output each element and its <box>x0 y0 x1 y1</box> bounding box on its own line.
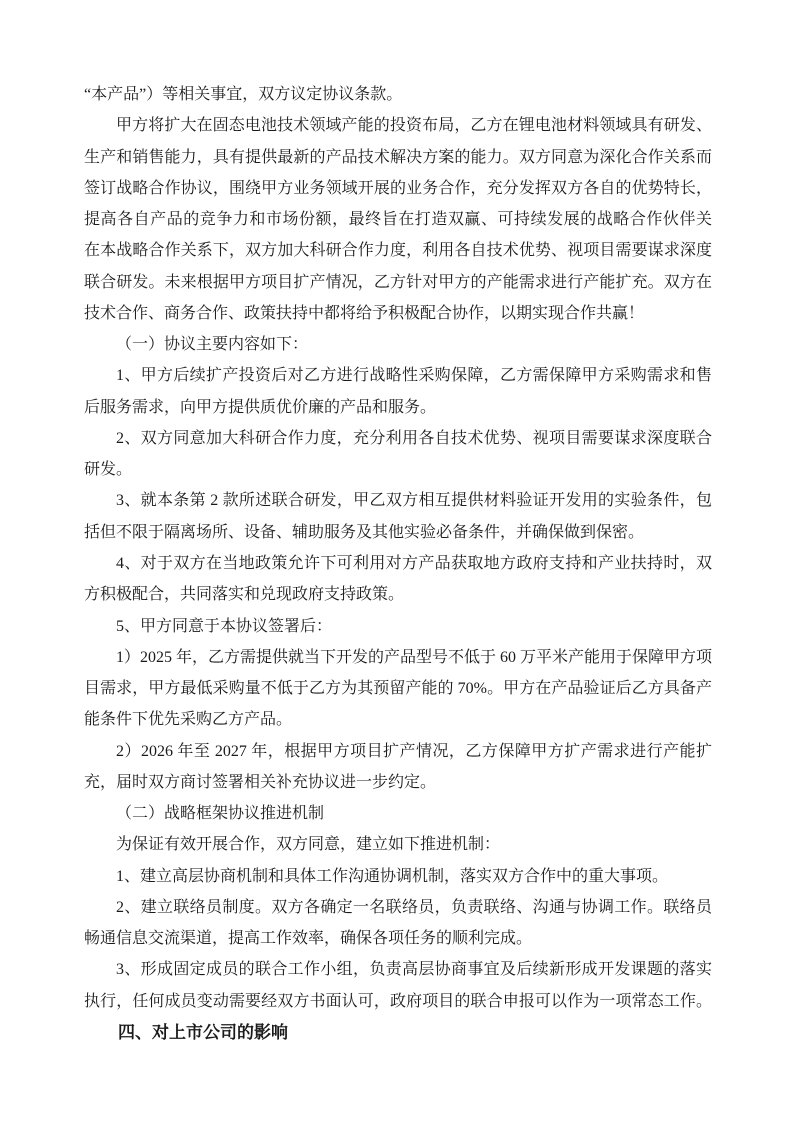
text-line: 能条件下优先采购乙方产品。 <box>84 704 712 735</box>
text-line: 2）2026 年至 2027 年，根据甲方项目扩产情况，乙方保障甲方扩产需求进行… <box>84 736 712 767</box>
list-heading-1: （一）协议主要内容如下： <box>84 329 712 360</box>
text-line: 签订战略合作协议，围绕甲方业务领域开展的业务合作，充分发挥双方各自的优势特长， <box>84 173 712 204</box>
text-line: 目需求，甲方最低采购量不低于乙方为其预留产能的 70%。甲方在产品验证后乙方具备… <box>84 673 712 704</box>
section-heading-4: 四、对上市公司的影响 <box>84 1017 712 1048</box>
text-line: 4、对于双方在当地政策允许下可利用对方产品获取地方政府支持和产业扶持时，双 <box>84 548 712 579</box>
text-line: 技术合作、商务合作、政策扶持中都将给予积极配合协作，以期实现合作共赢！ <box>84 298 712 329</box>
text-line: 生产和销售能力，具有提供最新的产品技术解决方案的能力。双方同意为深化合作关系而 <box>84 142 712 173</box>
text-line: 1、建立高层协商机制和具体工作沟通协调机制，落实双方合作中的重大事项。 <box>84 861 712 892</box>
text-line: 方积极配合，共同落实和兑现政府支持政策。 <box>84 579 712 610</box>
text-line: 联合研发。未来根据甲方项目扩产情况，乙方针对甲方的产能需求进行产能扩充。双方在 <box>84 267 712 298</box>
text-line: 1、甲方后续扩产投资后对乙方进行战略性采购保障，乙方需保障甲方采购需求和售 <box>84 360 712 391</box>
text-line: 3、就本条第 2 款所述联合研发，甲乙双方相互提供材料验证开发用的实验条件，包 <box>84 485 712 516</box>
document-body: “本产品”）等相关事宜，双方议定协议条款。 甲方将扩大在固态电池技术领域产能的投… <box>84 79 712 1048</box>
text-line: 充，届时双方商讨签署相关补充协议进一步约定。 <box>84 767 712 798</box>
text-line: 在本战略合作关系下，双方加大科研合作力度，利用各自技术优势、视项目需要谋求深度 <box>84 235 712 266</box>
text-line: “本产品”）等相关事宜，双方议定协议条款。 <box>84 79 712 110</box>
document-page: “本产品”）等相关事宜，双方议定协议条款。 甲方将扩大在固态电池技术领域产能的投… <box>0 0 794 1123</box>
text-line: 后服务需求，向甲方提供质优价廉的产品和服务。 <box>84 392 712 423</box>
text-line: 2、建立联络员制度。双方各确定一名联络员，负责联络、沟通与协调工作。联络员应 <box>84 892 712 923</box>
text-line: 畅通信息交流渠道，提高工作效率，确保各项任务的顺利完成。 <box>84 923 712 954</box>
text-line: 研发。 <box>84 454 712 485</box>
text-line: 1）2025 年，乙方需提供就当下开发的产品型号不低于 60 万平米产能用于保障… <box>84 642 712 673</box>
list-heading-2: （二）战略框架协议推进机制 <box>84 798 712 829</box>
text-line: 括但不限于隔离场所、设备、辅助服务及其他实验必备条件，并确保做到保密。 <box>84 517 712 548</box>
text-line: 2、双方同意加大科研合作力度，充分利用各自技术优势、视项目需要谋求深度联合 <box>84 423 712 454</box>
text-line: 3、形成固定成员的联合工作小组，负责高层协商事宜及后续新形成开发课题的落实 <box>84 954 712 985</box>
text-line: 执行，任何成员变动需要经双方书面认可，政府项目的联合申报可以作为一项常态工作。 <box>84 986 712 1017</box>
text-line: 甲方将扩大在固态电池技术领域产能的投资布局，乙方在锂电池材料领域具有研发、 <box>84 110 712 141</box>
text-line: 为保证有效开展合作，双方同意，建立如下推进机制： <box>84 829 712 860</box>
text-line: 提高各自产品的竞争力和市场份额，最终旨在打造双赢、可持续发展的战略合作伙伴关系。 <box>84 204 712 235</box>
text-line: 5、甲方同意于本协议签署后： <box>84 611 712 642</box>
